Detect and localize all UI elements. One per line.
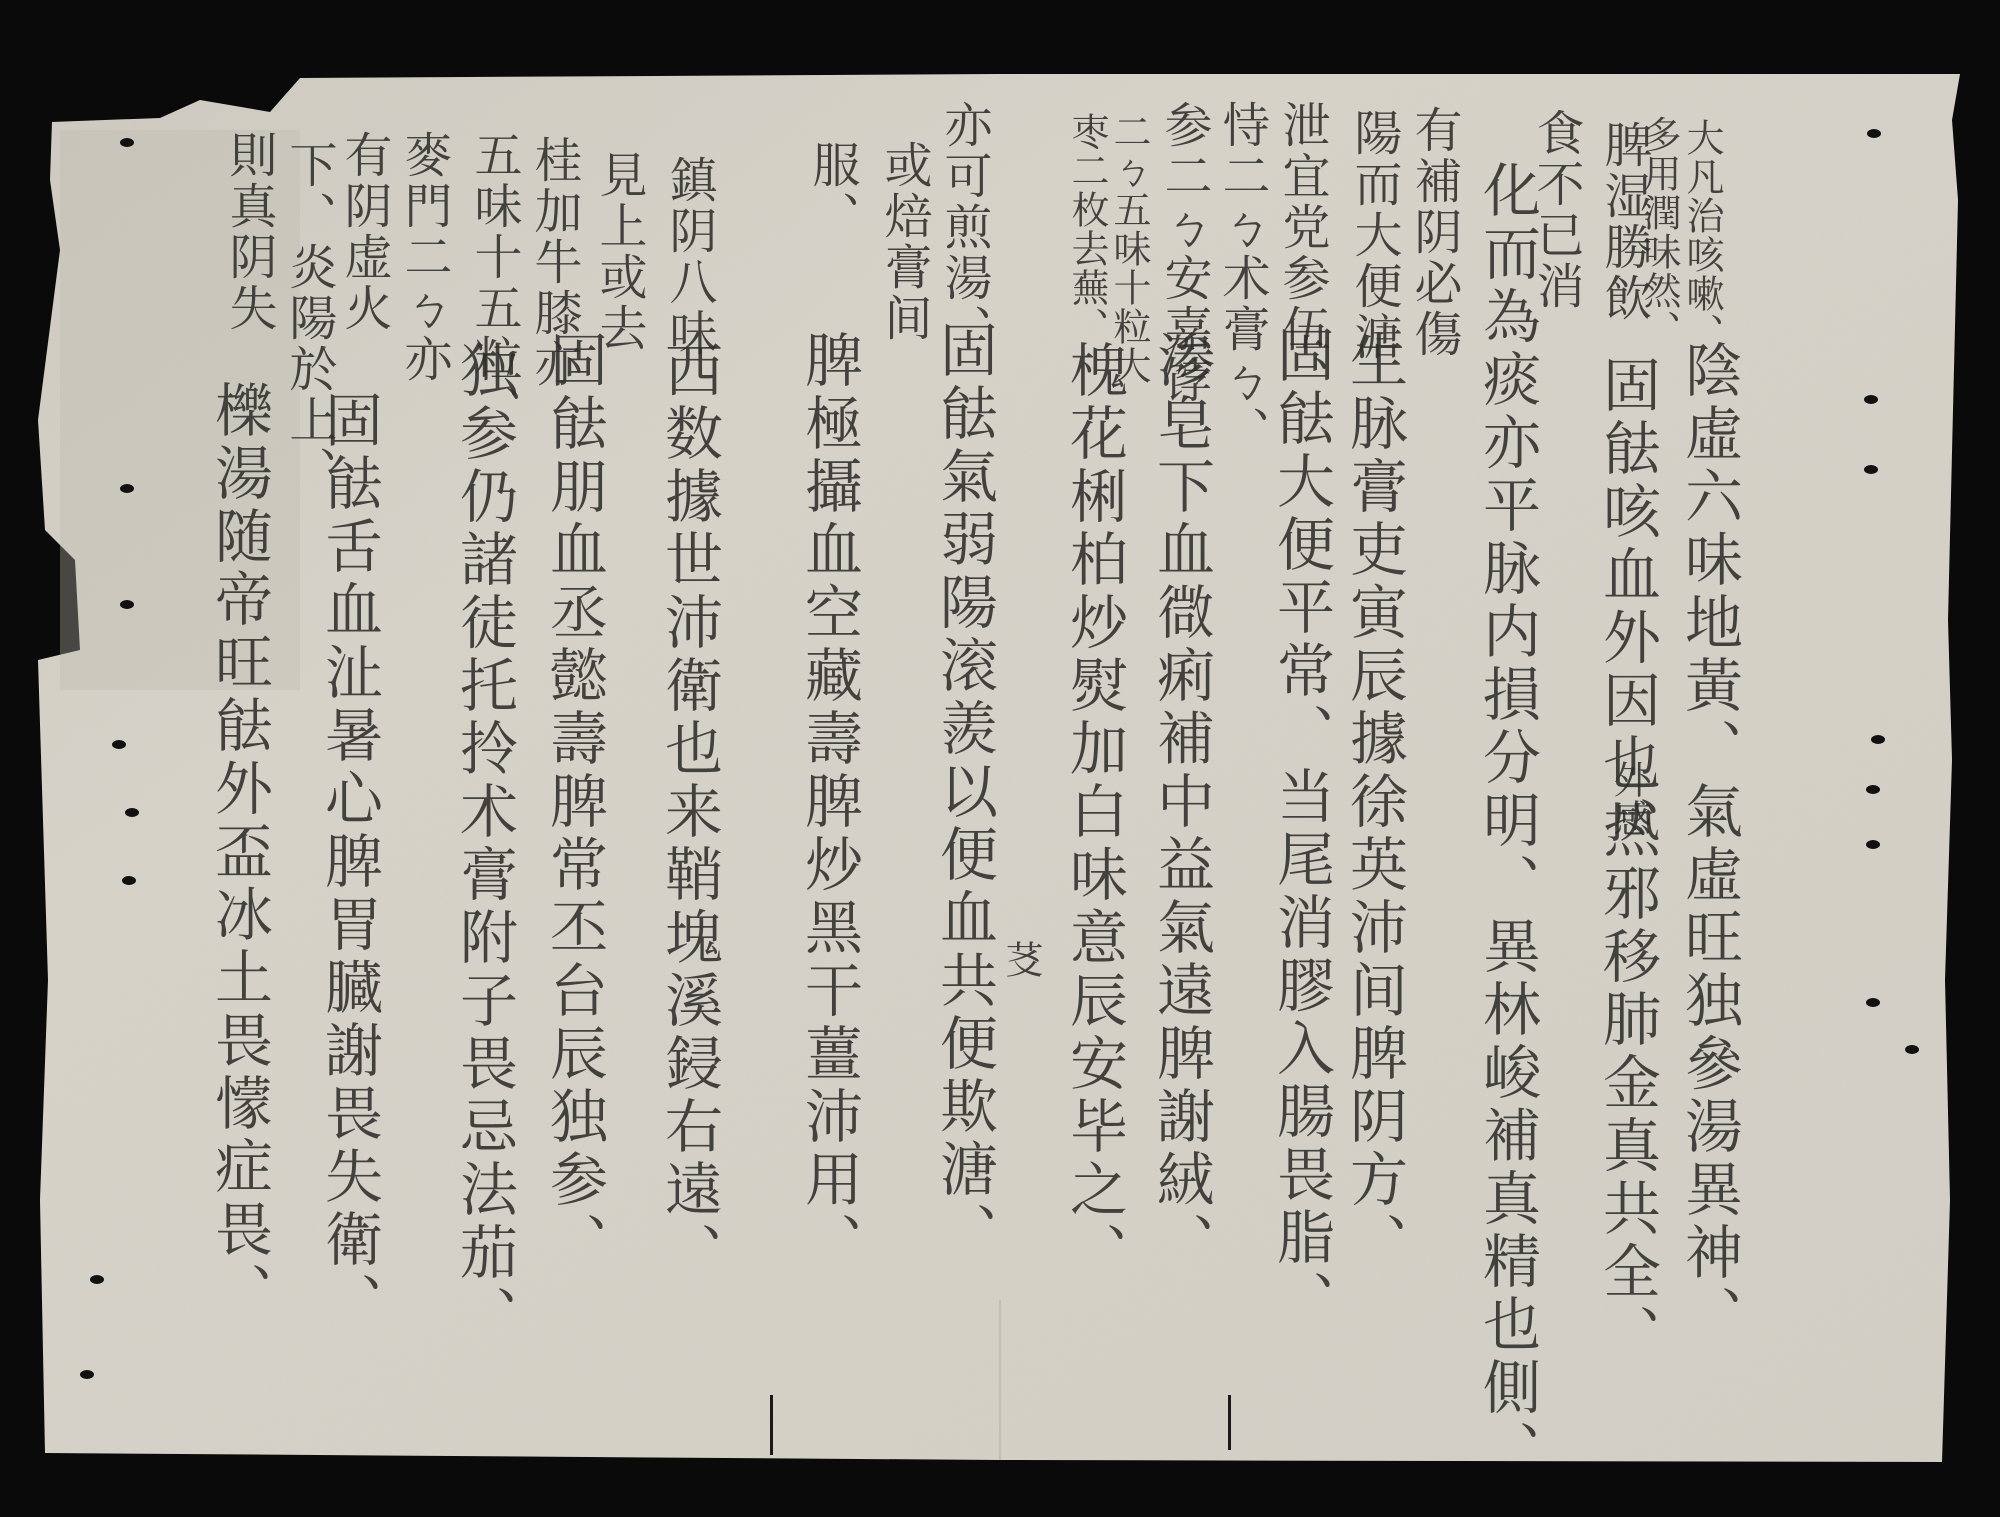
text-column: 則真阴失 — [225, 130, 273, 334]
binding-hole — [1905, 1045, 1919, 1054]
text-column: 大凡治咳嗽、 — [1683, 118, 1721, 352]
binding-hole — [1866, 785, 1880, 794]
text-column: 枣二枚去蕪、 — [1068, 112, 1106, 346]
binding-hole — [1871, 735, 1885, 744]
text-column: 固䏻朋血丞懿壽脾常丕台辰独参、 — [545, 330, 603, 1275]
binding-hole — [125, 808, 139, 817]
binding-hole — [112, 740, 126, 749]
binding-hole — [80, 1370, 94, 1379]
binding-hole — [1866, 840, 1880, 849]
text-column: 陽而大便溏 — [1350, 108, 1398, 363]
text-column: 西数據世沛衛也来鞘塊溪鋟右遠、 — [660, 340, 718, 1285]
binding-hole — [1864, 395, 1878, 404]
text-column: 生脉膏吏寅辰據徐英沛间脾阴方、 — [1345, 330, 1403, 1275]
binding-hole — [120, 600, 134, 609]
binding-hole — [1867, 129, 1881, 138]
text-column: 脾極攝血空藏壽脾炒黑干薑沛用、 — [800, 330, 858, 1275]
text-column: 䒝 — [1002, 940, 1040, 979]
text-column: 亦可煎湯、 — [940, 100, 988, 355]
text-column: 見上或去 — [595, 150, 643, 354]
text-column: 固䏻舌血沚暑心脾胃臓謝畏失衛、 — [320, 390, 378, 1335]
binding-hole — [1864, 465, 1878, 474]
text-column: 陰虛六味地黃、氣虛旺独參湯異神、 — [1680, 340, 1738, 1348]
text-column: 槐花梸柏炒熨加白味意辰安毕之、 — [1065, 340, 1123, 1285]
text-column: 热邪移肺金真共全、 — [1598, 800, 1656, 1367]
binding-hole — [1866, 998, 1880, 1007]
text-column: 有補阴必傷 — [1410, 105, 1458, 360]
text-column: 麥門二ㄅ亦 — [400, 130, 448, 385]
tear-mark — [1228, 1395, 1231, 1450]
text-column: 化而為痰亦平脉内損分明、異林峻補真精也側、 — [1478, 160, 1536, 1483]
text-column: 恃二ㄅ术膏ㄅ、 — [1218, 100, 1266, 457]
text-column: 或焙膏间 — [880, 140, 928, 344]
text-column: 独参仍諸徒托拎术膏附子畏忌法茄、 — [455, 340, 513, 1348]
text-column: 鎮阴八味 — [665, 155, 713, 359]
binding-hole — [122, 876, 136, 885]
binding-hole — [120, 138, 134, 147]
text-column: 下、炎陽於上、 — [285, 140, 333, 497]
binding-hole — [120, 484, 134, 493]
text-column: 固䏻氣弱陽滚羨以便血共便欺溏、 — [935, 320, 993, 1265]
manuscript-page: 大凡治咳嗽、陰虛六味地黃、氣虛旺独參湯異神、多用潤味然、脾湿勝飲固䏻咳血外因也、… — [0, 0, 2000, 1517]
text-column: 服、 — [808, 140, 856, 242]
binding-hole — [90, 1275, 104, 1284]
text-column: 渗皂下血㣲痢補中益氣遠脾謝絨、 — [1152, 330, 1210, 1275]
text-column: 脾湿勝飲 — [1600, 120, 1648, 324]
text-column: 桂加牛膝亦 — [530, 135, 578, 390]
text-column: 有阴虚火 — [340, 130, 388, 334]
text-column: 櫟湯随帝旺䏻外盃冰土畏懞症畏、 — [210, 380, 268, 1325]
tear-mark — [770, 1395, 773, 1455]
text-column: 固䏻大便平常、当尾消膠入腸畏脂、 — [1272, 325, 1330, 1333]
